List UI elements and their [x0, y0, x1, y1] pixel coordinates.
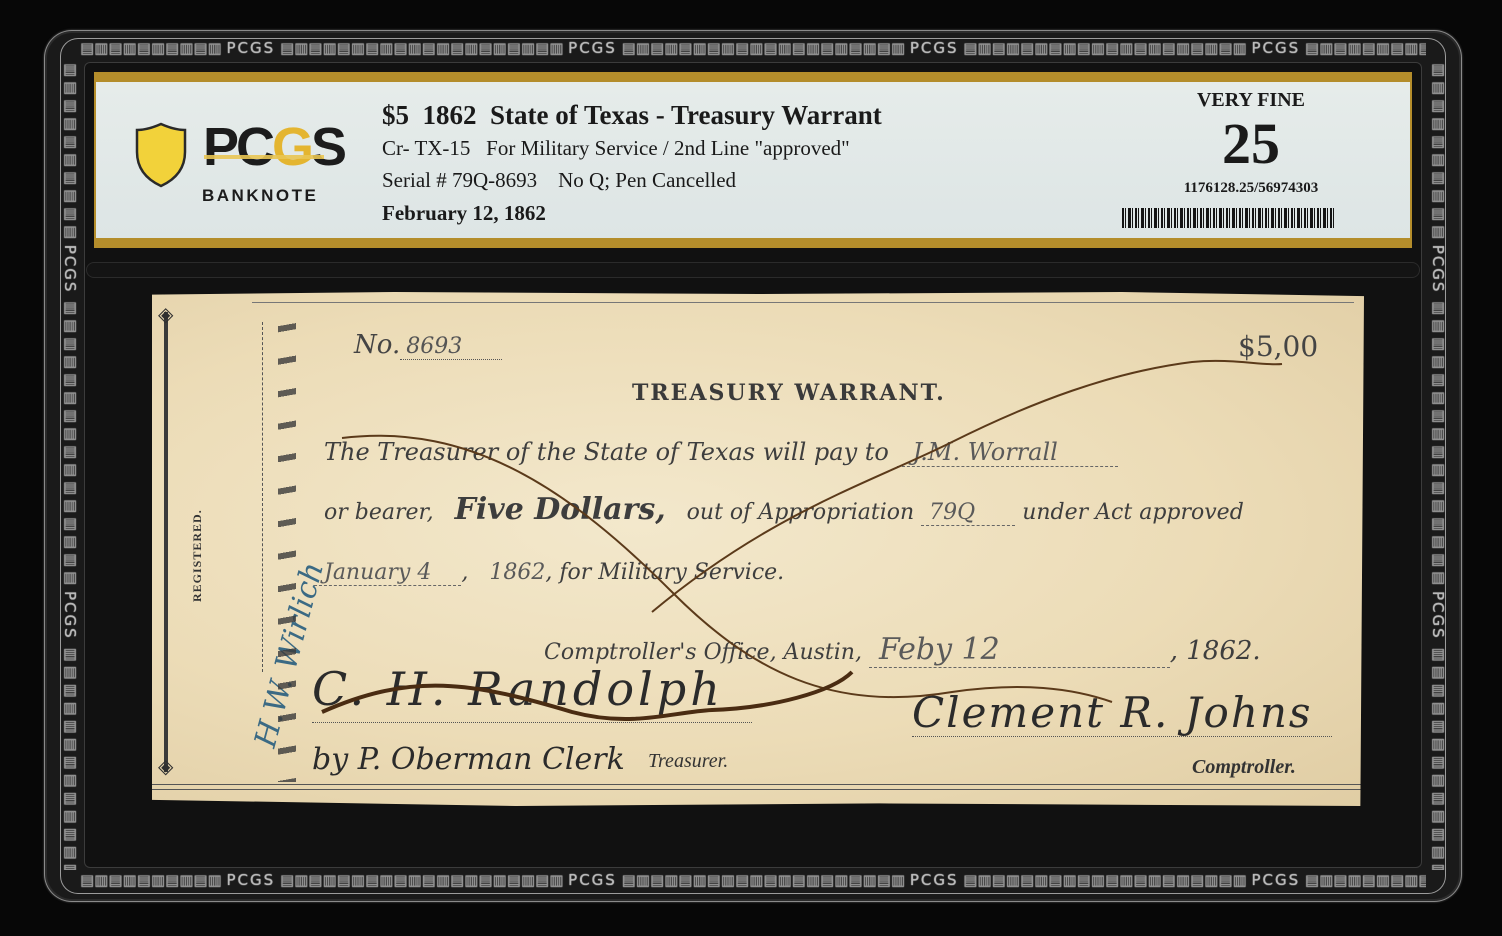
label-serial-line: Serial # 79Q-8693 No Q; Pen Cancelled [382, 164, 882, 196]
label-description: $5 1862 State of Texas - Treasury Warran… [382, 98, 882, 230]
grade-number: 25 [1116, 114, 1386, 174]
holder-ridge [86, 262, 1420, 278]
logo-accent-bar [204, 155, 324, 159]
label-catalog-line: Cr- TX-15 For Military Service / 2nd Lin… [382, 132, 882, 164]
treasury-warrant-note: ◈ ◈ REGISTERED. H.W. Wirlich No.8693 $5,… [152, 292, 1364, 806]
grading-label: PCGS BANKNOTE $5 1862 State of Texas - T… [94, 72, 1412, 248]
label-date: February 12, 1862 [382, 196, 882, 230]
grade-block: VERY FINE 25 1176128.25/56974303 [1116, 86, 1386, 198]
barcode [1122, 208, 1334, 228]
shield-icon [134, 122, 188, 188]
pen-cancel-strokes [152, 292, 1364, 806]
label-body: PCGS BANKNOTE $5 1862 State of Texas - T… [96, 82, 1410, 238]
cert-number: 1176128.25/56974303 [1116, 178, 1386, 198]
holder-emboss-right: ▤▥▤▥▤▥▤▥▤▥ PCGS ▤▥▤▥▤▥▤▥▤▥▤▥▤▥▤▥ PCGS ▤▥… [1428, 60, 1448, 870]
pcgs-wordmark: PCGS [203, 120, 344, 174]
holder-emboss-bottom: ▤▥▤▥▤▥▤▥▤▥ PCGS ▤▥▤▥▤▥▤▥▤▥▤▥▤▥▤▥▤▥▤▥ PCG… [80, 870, 1426, 890]
holder-emboss-top: ▤▥▤▥▤▥▤▥▤▥ PCGS ▤▥▤▥▤▥▤▥▤▥▤▥▤▥▤▥▤▥▤▥ PCG… [80, 38, 1426, 58]
holder-emboss-left: ▤▥▤▥▤▥▤▥▤▥ PCGS ▤▥▤▥▤▥▤▥▤▥▤▥▤▥▤▥ PCGS ▤▥… [60, 60, 80, 870]
grade-name: VERY FINE [1116, 86, 1386, 114]
label-title: $5 1862 State of Texas - Treasury Warran… [382, 98, 882, 132]
logo-subtitle: BANKNOTE [202, 186, 318, 206]
